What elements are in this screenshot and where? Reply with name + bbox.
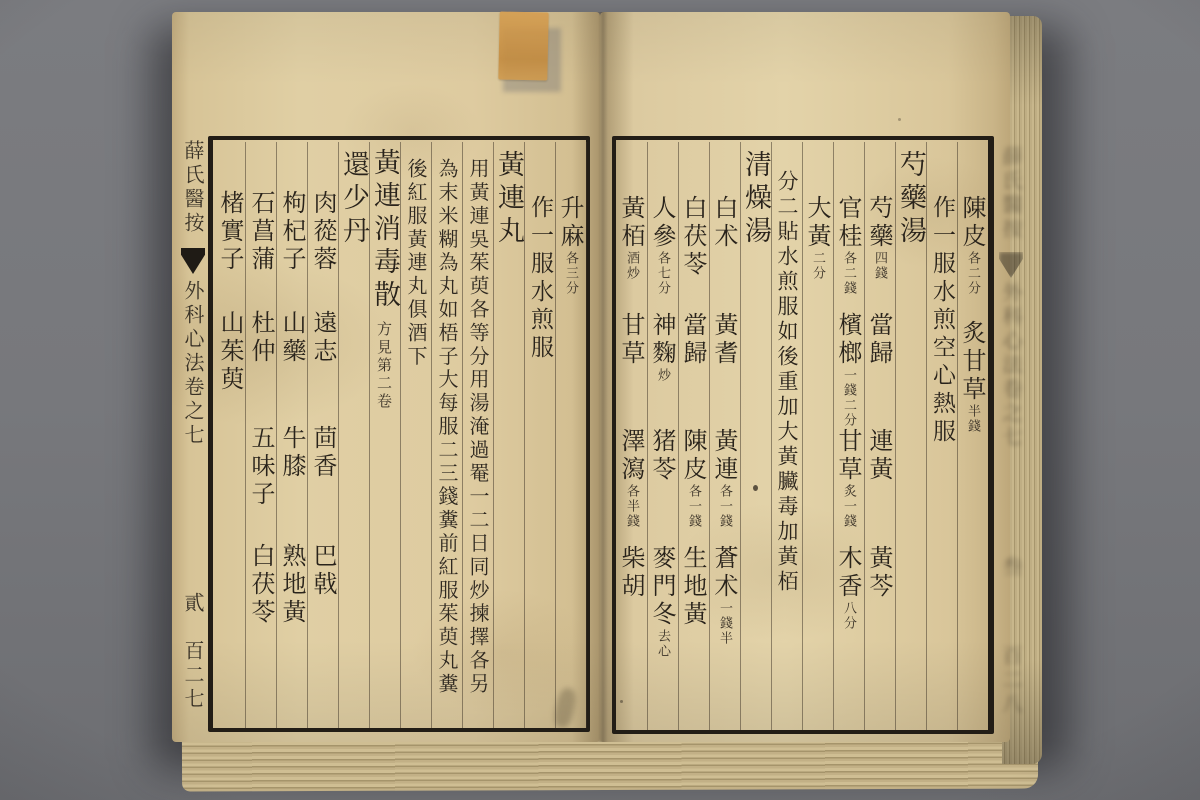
column-text: 熟地黃 (278, 543, 306, 627)
column-rule (740, 142, 741, 730)
fishtail-mark-icon (181, 248, 205, 274)
text-column: 分二貼水煎服如後重加大黃臟毒加黃栢 (771, 170, 802, 595)
dosage-annotation: 各半錢 (624, 484, 639, 529)
column-text: 肉蓯蓉 (309, 190, 337, 274)
column-text: 後紅服黃連丸俱酒下 (404, 158, 428, 369)
column-rule (431, 142, 432, 728)
text-column: 人參各七分神麴炒猪苓麥門冬去心 (647, 195, 678, 659)
column-text: 白茯苓 (679, 195, 707, 279)
text-column: 石菖蒲杜仲五味子白茯苓 (245, 190, 276, 627)
column-text: 蒼术 (710, 545, 738, 601)
text-column: 白术黃耆黃連各一錢蒼术一錢半 (709, 195, 740, 646)
dosage-annotation: 去心 (655, 629, 670, 659)
column-rule (926, 142, 927, 730)
dosage-annotation: 各一錢 (717, 484, 732, 529)
column-text: 杜仲 (247, 310, 275, 366)
column-rule (462, 142, 463, 728)
column-text: 升麻 (556, 195, 584, 251)
column-text: 木香 (834, 545, 862, 601)
dosage-annotation: 炙一錢 (841, 484, 856, 529)
column-text: 巴戟 (309, 543, 337, 599)
column-text: 山藥 (278, 310, 306, 366)
dosage-annotation: 四錢 (872, 251, 887, 281)
column-text: 芍藥湯 (895, 150, 926, 249)
dosage-annotation: 各一錢 (686, 484, 701, 529)
column-text: 茴香 (309, 425, 337, 481)
text-column: 肉蓯蓉遠志茴香巴戟 (307, 190, 338, 599)
left-foldline-strip: 薛氏醫按 外科心法卷之七 貳 百二七 (178, 0, 212, 800)
dosage-annotation: 半錢 (965, 404, 980, 434)
column-text: 作一服水煎空心熱服 (929, 195, 955, 447)
dosage-annotation: 一錢半 (717, 601, 732, 646)
book-photo: 薛氏醫按 外科心法卷之七 貳 百二七 薛氏醫按 外科心法卷之七 叁 百二八 陳皮… (0, 0, 1200, 800)
column-rule (400, 142, 401, 728)
text-column: 為末米糊為丸如梧子大每服二三錢糞前紅服茱萸丸糞 (431, 158, 462, 696)
text-column: 用黃連吳茱萸各等分用湯淹過罨一二日同炒揀擇各另 (462, 158, 493, 696)
column-rule (802, 142, 803, 730)
column-text: 黃連 (710, 428, 738, 484)
fishtail-mark-icon (999, 252, 1023, 278)
column-text: 清燥湯 (740, 150, 771, 249)
column-text: 山茱萸 (216, 310, 244, 394)
dosage-annotation: 各三分 (563, 251, 578, 296)
column-text: 大黃 (803, 195, 831, 251)
column-text: 黃連丸 (493, 150, 524, 249)
column-text: 楮實子 (216, 190, 244, 274)
column-text: 澤瀉 (617, 428, 645, 484)
column-text: 白术 (710, 195, 738, 251)
edge-book-title: 薛氏醫按 (996, 146, 1026, 242)
text-column: 還少丹 (338, 150, 369, 249)
column-rule (709, 142, 710, 730)
column-rule (307, 142, 308, 728)
column-text: 還少丹 (338, 150, 369, 249)
text-column: 芍藥四錢當歸連黃黃芩 (864, 195, 895, 601)
column-rule (833, 142, 834, 730)
dosage-annotation: 一錢二分 (841, 368, 856, 428)
column-rule (493, 142, 494, 728)
edge-folio-number: 百二八 (996, 645, 1026, 717)
dosage-annotation: 方見第二卷 (375, 321, 393, 411)
column-text: 黃芩 (865, 545, 893, 601)
column-text: 陳皮 (679, 428, 707, 484)
dosage-annotation: 各二分 (965, 251, 980, 296)
column-text: 黃耆 (710, 312, 738, 368)
dosage-annotation: 各二錢 (841, 251, 856, 296)
text-column: 作一服水煎空心熱服 (926, 195, 957, 447)
column-rule (338, 142, 339, 728)
column-text: 遠志 (309, 310, 337, 366)
column-text: 陳皮 (958, 195, 986, 251)
column-rule (524, 142, 525, 728)
edge-folio-number: 百二七 (178, 640, 208, 712)
column-text: 為末米糊為丸如梧子大每服二三錢糞前紅服茱萸丸糞 (435, 158, 459, 696)
column-text: 芍藥 (865, 195, 893, 251)
text-column: 白茯苓當歸陳皮各一錢生地黃 (678, 195, 709, 629)
column-rule (895, 142, 896, 730)
edge-folio-prefix: 貳 (178, 592, 208, 616)
column-rule (957, 142, 958, 730)
dosage-annotation: 二分 (810, 251, 825, 281)
column-rule (647, 142, 648, 730)
column-text: 分二貼水煎服如後重加大黃臟毒加黃栢 (775, 170, 799, 595)
column-text: 猪苓 (648, 428, 676, 484)
column-rule (771, 142, 772, 730)
ink-speck (898, 118, 901, 121)
edge-book-title: 薛氏醫按 (178, 140, 208, 236)
column-rule (555, 142, 556, 728)
column-text: 當歸 (865, 312, 893, 368)
text-column: 後紅服黃連丸俱酒下 (400, 158, 431, 369)
column-text: 甘草 (834, 428, 862, 484)
column-text: 連黃 (865, 428, 893, 484)
text-column: 芍藥湯 (895, 150, 926, 249)
ink-speck (753, 485, 758, 491)
column-rule (864, 142, 865, 730)
column-text: 檳榔 (834, 312, 862, 368)
column-text: 柴胡 (617, 545, 645, 601)
column-rule (245, 142, 246, 728)
text-column: 大黃二分 (802, 195, 833, 281)
column-text: 枸杞子 (278, 190, 306, 274)
column-rule (276, 142, 277, 728)
column-text: 炙甘草 (958, 320, 986, 404)
text-column: 黃連消毒散方見第二卷 (369, 148, 400, 411)
text-column: 官桂各二錢檳榔一錢二分甘草炙一錢木香八分 (833, 195, 864, 631)
column-text: 作一服水煎服 (527, 195, 553, 363)
column-text: 神麴 (648, 312, 676, 368)
text-column: 黃栢酒炒甘草澤瀉各半錢柴胡 (616, 195, 647, 601)
column-text: 當歸 (679, 312, 707, 368)
right-foldline-strip: 薛氏醫按 外科心法卷之七 叁 百二八 (996, 0, 1030, 800)
column-rule (678, 142, 679, 730)
column-text: 用黃連吳茱萸各等分用湯淹過罨一二日同炒揀擇各另 (466, 158, 490, 696)
column-text: 五味子 (247, 425, 275, 509)
column-text: 麥門冬 (648, 545, 676, 629)
edge-section-title: 外科心法卷之七 (178, 280, 208, 448)
text-column: 清燥湯 (740, 150, 771, 249)
dosage-annotation: 酒炒 (624, 251, 639, 281)
ink-speck (620, 700, 623, 703)
text-column: 黃連丸 (493, 150, 524, 249)
dosage-annotation: 炒 (655, 368, 670, 383)
column-text: 官桂 (834, 195, 862, 251)
column-text: 生地黃 (679, 545, 707, 629)
column-rule (586, 142, 587, 728)
edge-section-title: 外科心法卷之七 (996, 282, 1026, 450)
column-text: 石菖蒲 (247, 190, 275, 274)
column-text: 黃連消毒散 (369, 148, 400, 313)
text-column: 升麻各三分 (555, 195, 586, 296)
column-text: 人參 (648, 195, 676, 251)
text-column: 作一服水煎服 (524, 195, 555, 363)
text-column: 枸杞子山藥牛膝熟地黃 (276, 190, 307, 627)
column-text: 甘草 (617, 312, 645, 368)
text-column: 陳皮各二分炙甘草半錢 (957, 195, 988, 434)
dosage-annotation: 各七分 (655, 251, 670, 296)
column-text: 黃栢 (617, 195, 645, 251)
dosage-annotation: 八分 (841, 601, 856, 631)
edge-folio-prefix: 叁 (996, 556, 1026, 580)
column-text: 牛膝 (278, 425, 306, 481)
column-rule (369, 142, 370, 728)
column-text: 白茯苓 (247, 543, 275, 627)
repair-tape (498, 11, 548, 80)
text-column: 楮實子山茱萸 (214, 190, 245, 394)
